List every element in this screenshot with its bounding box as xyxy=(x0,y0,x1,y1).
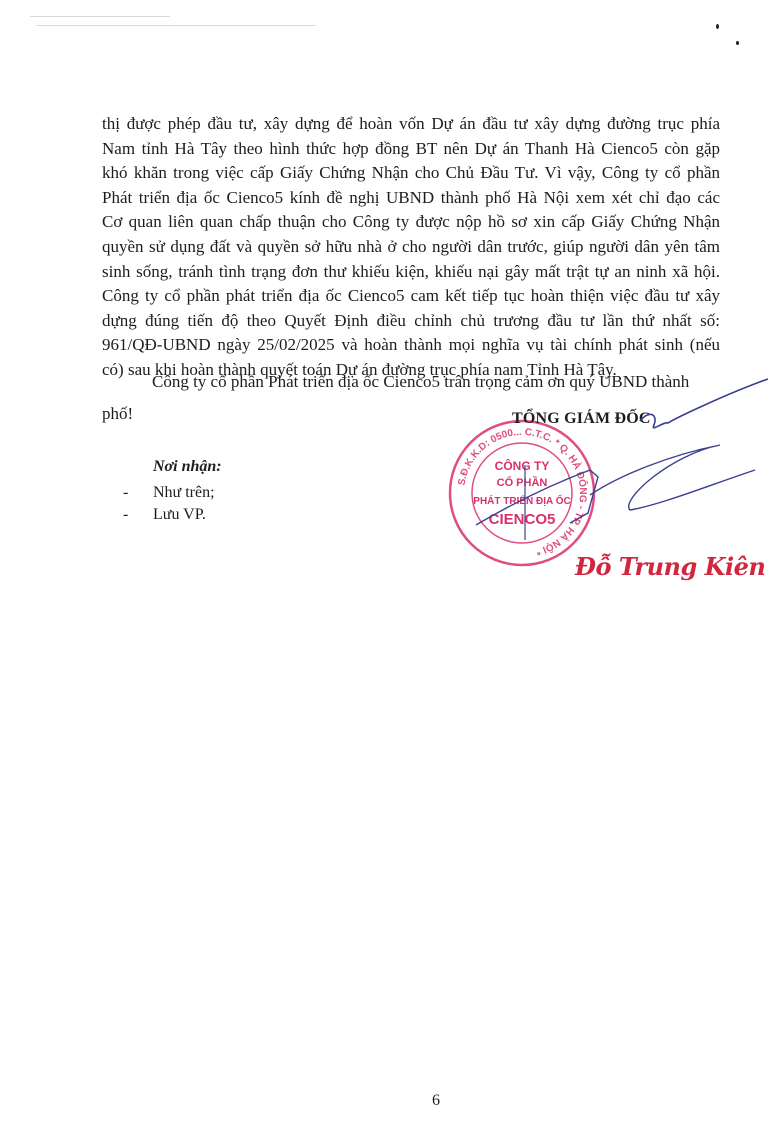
recipients-heading: Nơi nhận: xyxy=(153,456,222,478)
scan-artifact-dot xyxy=(716,24,719,29)
recipients-list: Như trên; Lưu VP. xyxy=(119,482,222,526)
svg-text:CIENCO5: CIENCO5 xyxy=(489,511,556,528)
stamp-ring-text: S.Đ.K.K.D: 0500... C.T.C. * Q. HÀ ĐÔNG -… xyxy=(456,427,589,557)
company-stamp: S.Đ.K.K.D: 0500... C.T.C. * Q. HÀ ĐÔNG -… xyxy=(447,418,597,568)
paragraph-line: Nam tỉnh Hà Tây theo hình thức hợp đồng … xyxy=(102,137,720,162)
paragraph-line: Cơ quan liên quan chấp thuận cho Công ty… xyxy=(102,210,720,235)
thanks-line: Công ty cổ phần Phát triển địa ốc Cienco… xyxy=(102,368,720,396)
paragraph-line: Công ty cổ phần phát triển địa ốc Cienco… xyxy=(102,284,720,309)
paragraph-line: sinh sống, tránh tình trạng đơn thư khiế… xyxy=(102,260,720,285)
svg-text:PHÁT TRIỂN ĐỊA ỐC: PHÁT TRIỂN ĐỊA ỐC xyxy=(473,493,570,507)
paragraph-line: 961/QĐ-UBND ngày 25/02/2025 và hoàn thàn… xyxy=(102,333,720,358)
page-number: 6 xyxy=(432,1092,440,1110)
scan-artifact-line xyxy=(36,25,316,26)
recipient-item: Lưu VP. xyxy=(119,504,222,526)
svg-text:CÔNG TY: CÔNG TY xyxy=(495,458,550,473)
svg-text:S.Đ.K.K.D: 0500... C.T.C. * Q.: S.Đ.K.K.D: 0500... C.T.C. * Q. HÀ ĐÔNG -… xyxy=(456,427,589,557)
signer-title: TỔNG GIÁM ĐỐC xyxy=(512,410,651,428)
scan-artifact-line xyxy=(30,16,170,17)
paragraph-line: khó khăn trong việc cấp Giấy Chứng Nhận … xyxy=(102,161,720,186)
body-paragraph: thị được phép đầu tư, xây dựng để hoàn v… xyxy=(102,112,720,383)
recipients-block: Nơi nhận: Như trên; Lưu VP. xyxy=(153,456,222,526)
paragraph-line: quyền sử dụng đất và quyền sở hữu nhà ở … xyxy=(102,235,720,260)
paragraph-line: dựng đúng tiến độ theo Quyết Định điều c… xyxy=(102,309,720,334)
svg-text:CỔ PHẦN: CỔ PHẦN xyxy=(497,476,548,489)
paragraph-line: Phát triển địa ốc Cienco5 kính đề nghị U… xyxy=(102,186,720,211)
recipient-item: Như trên; xyxy=(119,482,222,504)
signer-name: Đỗ Trung Kiên xyxy=(575,552,765,581)
paragraph-line: thị được phép đầu tư, xây dựng để hoàn v… xyxy=(102,112,720,137)
scan-artifact-dot xyxy=(736,41,739,45)
